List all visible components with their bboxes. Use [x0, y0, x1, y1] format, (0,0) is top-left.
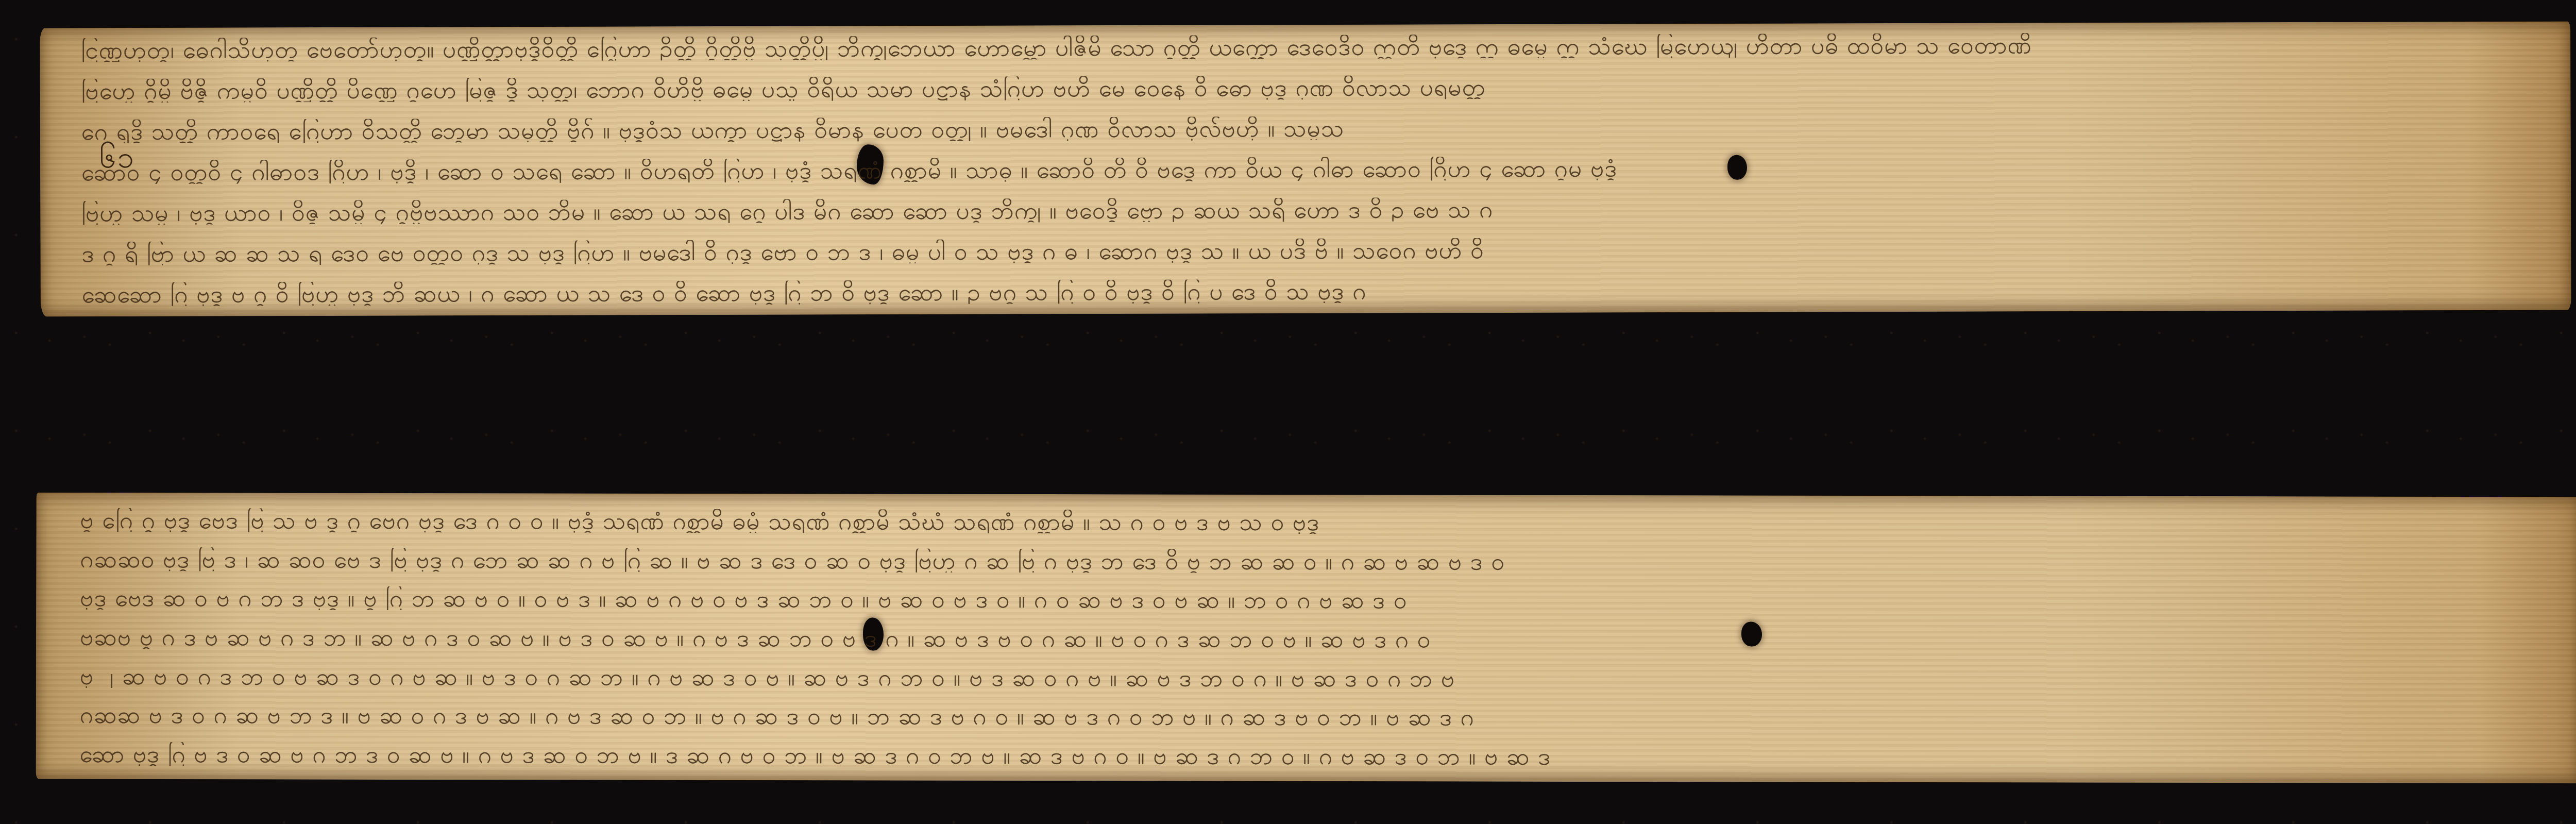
- text-block-top: ငြဏ္ဍဟုတွ၊ ဓေဂါသိဟုတွ ဗေတော်ဟုတွ။ ပဏ္ဍိတ…: [81, 32, 2544, 307]
- text-line: ဂေ ရုဒ္ဒိ သတ္တိ ကာဝရေ ဂြေဟာ ဝိသတ္ထိ ဘွေမ…: [81, 113, 2534, 143]
- text-line: ဒ ဂွ ရိ ဗြာ ယ ဆ ဆ သ ရ ဒေဝ ဗေ ဝတ္တဝ ဂုဒ္ဓ…: [81, 236, 2544, 266]
- text-line: ဗွ ဂြေ ဂ္ဂ ဗုဒ္ဓ ဗေဒ ဗြ သ ဗ ဒ္ဓ ဂ္ဂ ဗေဂ …: [80, 508, 2543, 536]
- palm-leaf-folio-bottom: ဗွ ဂြေ ဂ္ဂ ဗုဒ္ဓ ဗေဒ ဗြ သ ဗ ဒ္ဓ ဂ္ဂ ဗေဂ …: [36, 493, 2576, 784]
- text-line: ဆောဝ ၄ ဝတ္တဝိ ၄ ဂါဓာဝဒ ဂြိဟ ၊ ဗုဒ္ဓိ ၊ ဆ…: [81, 154, 2544, 184]
- text-line: ဆော ဗုဒ္ဓ ဂြ ဗ ဒ ဝ ဆ ဗ ဂ ဘ ဒ ဝ ဆ ဗ ။ ဂ ဗ…: [80, 742, 2543, 770]
- text-block-bottom: ဗွ ဂြေ ဂ္ဂ ဗုဒ္ဓ ဗေဒ ဗြ သ ဗ ဒ္ဓ ဂ္ဂ ဗေဂ …: [80, 508, 2543, 770]
- text-line: ဆေဆော ဂြ ဗုဒ္ဓ ဗ ဂွ ဝိ ဗြဟ္မ ဗုဒ္ဓ ဘိ ဆယ…: [82, 276, 2545, 307]
- text-line: ဂဆဆဝ ဗုဒ္ဓ ဗြ ဒ ၊ ဆ ဆဝ ဗေ ဒ ဗြ ဗုဒ္ဓ ဂ ဘ…: [80, 547, 2543, 575]
- text-line: ဗုဒ္ဓ ဗေဒ ဆ ဝ ဗ ဂ ဘ ဒ ဗုဒ္ဓ ။ ဗွ ဂြ ဘ ဆ …: [80, 586, 2543, 614]
- text-line: ဗု ၂ ဆ ဗ ဝ ဂ ဒ ဘ ဝ ဗ ဆ ဒ ဝ ဂ ဗ ဆ ။ ဗ ဒ ဝ…: [80, 664, 2543, 692]
- text-line: ဂဆဆ ဗ ဒ ဝ ဂ ဆ ဗ ဘ ဒ ။ ဗ ဆ ဝ ဂ ဒ ဗ ဆ ။ ဂ …: [80, 703, 2543, 731]
- text-line: ငြဏ္ဍဟုတွ၊ ဓေဂါသိဟုတွ ဗေတော်ဟုတွ။ ပဏ္ဍိတ…: [81, 32, 2544, 62]
- text-line: ဗဆဗ ဗွ ဂ ဒ ဗ ဆ ဗ ဂ ဒ ဘ ။ ဆ ဗ ဂ ဒ ဝ ဆ ဗ ။…: [80, 625, 2543, 653]
- text-line: ဗြဟ္မေ ဂ္ဂိမ္ပိ ဗိဇ္ဇိ ကမ္မဝိ ပဏ္ဍိတ္တိ …: [81, 73, 2544, 103]
- text-line: ဗြဟ္မ သမ္ပ ၊ ဗုဒ္ဓ ယာဝ ၊ ဝိဇ္ဇ သမ္ပိ ၄ ဂ…: [81, 195, 2544, 225]
- palm-leaf-folio-top: ၆၁ ငြဏ္ဍဟုတွ၊ ဓေဂါသိဟုတွ ဗေတော်ဟုတွ။ ပဏ္…: [40, 22, 2571, 317]
